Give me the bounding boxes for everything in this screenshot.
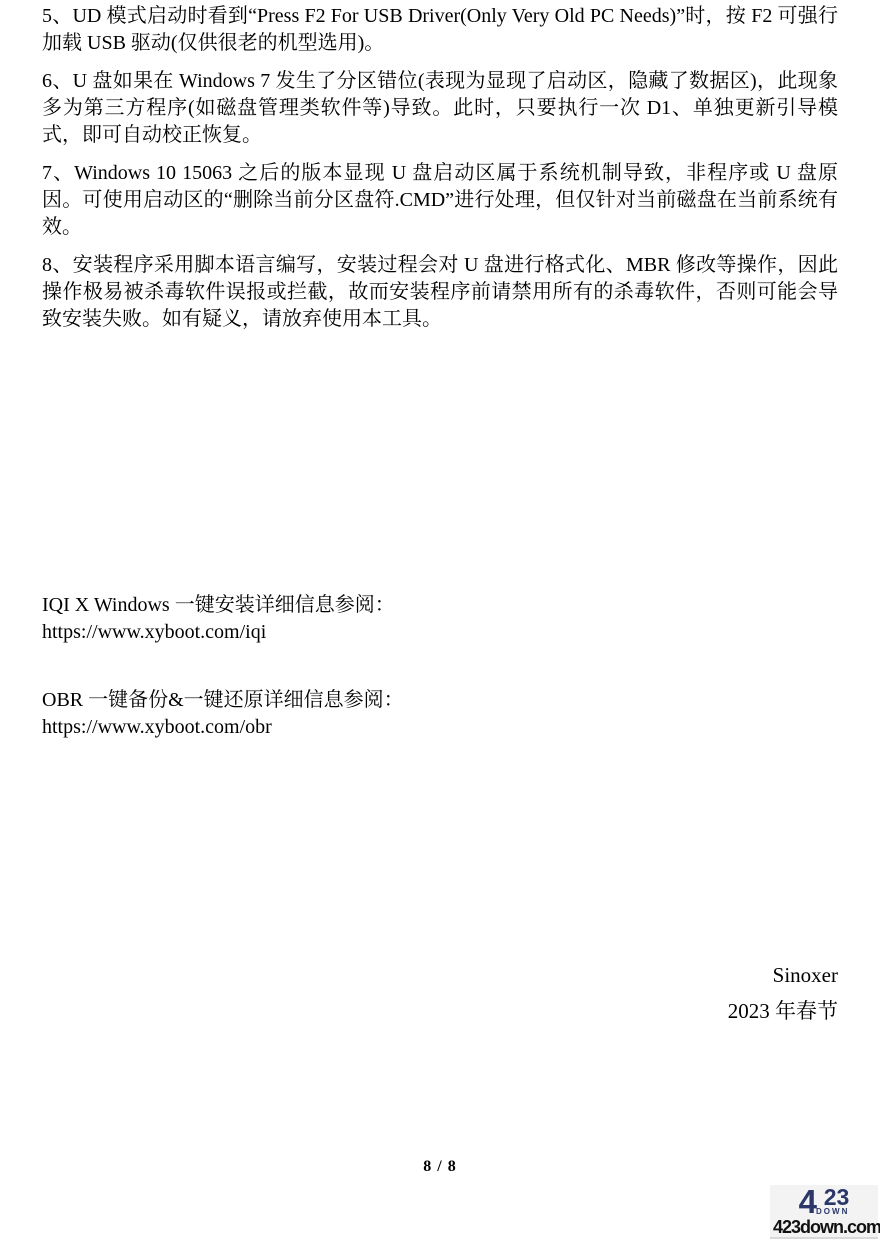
paragraph-item-6: 6、U 盘如果在 Windows 7 发生了分区错位(表现为显现了启动区，隐藏了… — [42, 68, 838, 149]
logo-word-down: DOWN — [816, 1207, 849, 1216]
iqi-reference-link[interactable]: https://www.xyboot.com/iqi — [42, 619, 838, 646]
signature-date: 2023 年春节 — [42, 993, 838, 1029]
423down-logo: 4 23 DOWN 423down.com — [770, 1185, 878, 1239]
423down-logo-mark: 4 23 DOWN — [773, 1187, 875, 1217]
paragraph-item-5: 5、UD 模式启动时看到“Press F2 For USB Driver(Onl… — [42, 3, 838, 57]
iqi-reference-label: IQI X Windows 一键安装详细信息参阅： — [42, 592, 838, 619]
logo-numeral-small: 23 — [824, 1187, 850, 1207]
obr-reference-label: OBR 一键备份&一键还原详细信息参阅： — [42, 687, 838, 714]
body-text: 5、UD 模式启动时看到“Press F2 For USB Driver(Onl… — [42, 3, 838, 344]
paragraph-item-8: 8、安装程序采用脚本语言编写，安装过程会对 U 盘进行格式化、MBR 修改等操作… — [42, 252, 838, 333]
document-page: 5、UD 模式启动时看到“Press F2 For USB Driver(Onl… — [0, 0, 880, 1244]
logo-numeral-stack: 23 DOWN — [816, 1187, 849, 1216]
paragraph-item-7: 7、Windows 10 15063 之后的版本显现 U 盘启动区属于系统机制导… — [42, 160, 838, 241]
iqi-reference-block: IQI X Windows 一键安装详细信息参阅： https://www.xy… — [42, 592, 838, 646]
obr-reference-block: OBR 一键备份&一键还原详细信息参阅： https://www.xyboot.… — [42, 687, 838, 741]
logo-domain-text: 423down.com — [773, 1218, 875, 1236]
signature-block: Sinoxer 2023 年春节 — [42, 957, 838, 1029]
signature-author: Sinoxer — [42, 957, 838, 993]
obr-reference-link[interactable]: https://www.xyboot.com/obr — [42, 714, 838, 741]
page-number: 8 / 8 — [0, 1158, 880, 1176]
logo-numeral-big: 4 — [799, 1187, 815, 1217]
